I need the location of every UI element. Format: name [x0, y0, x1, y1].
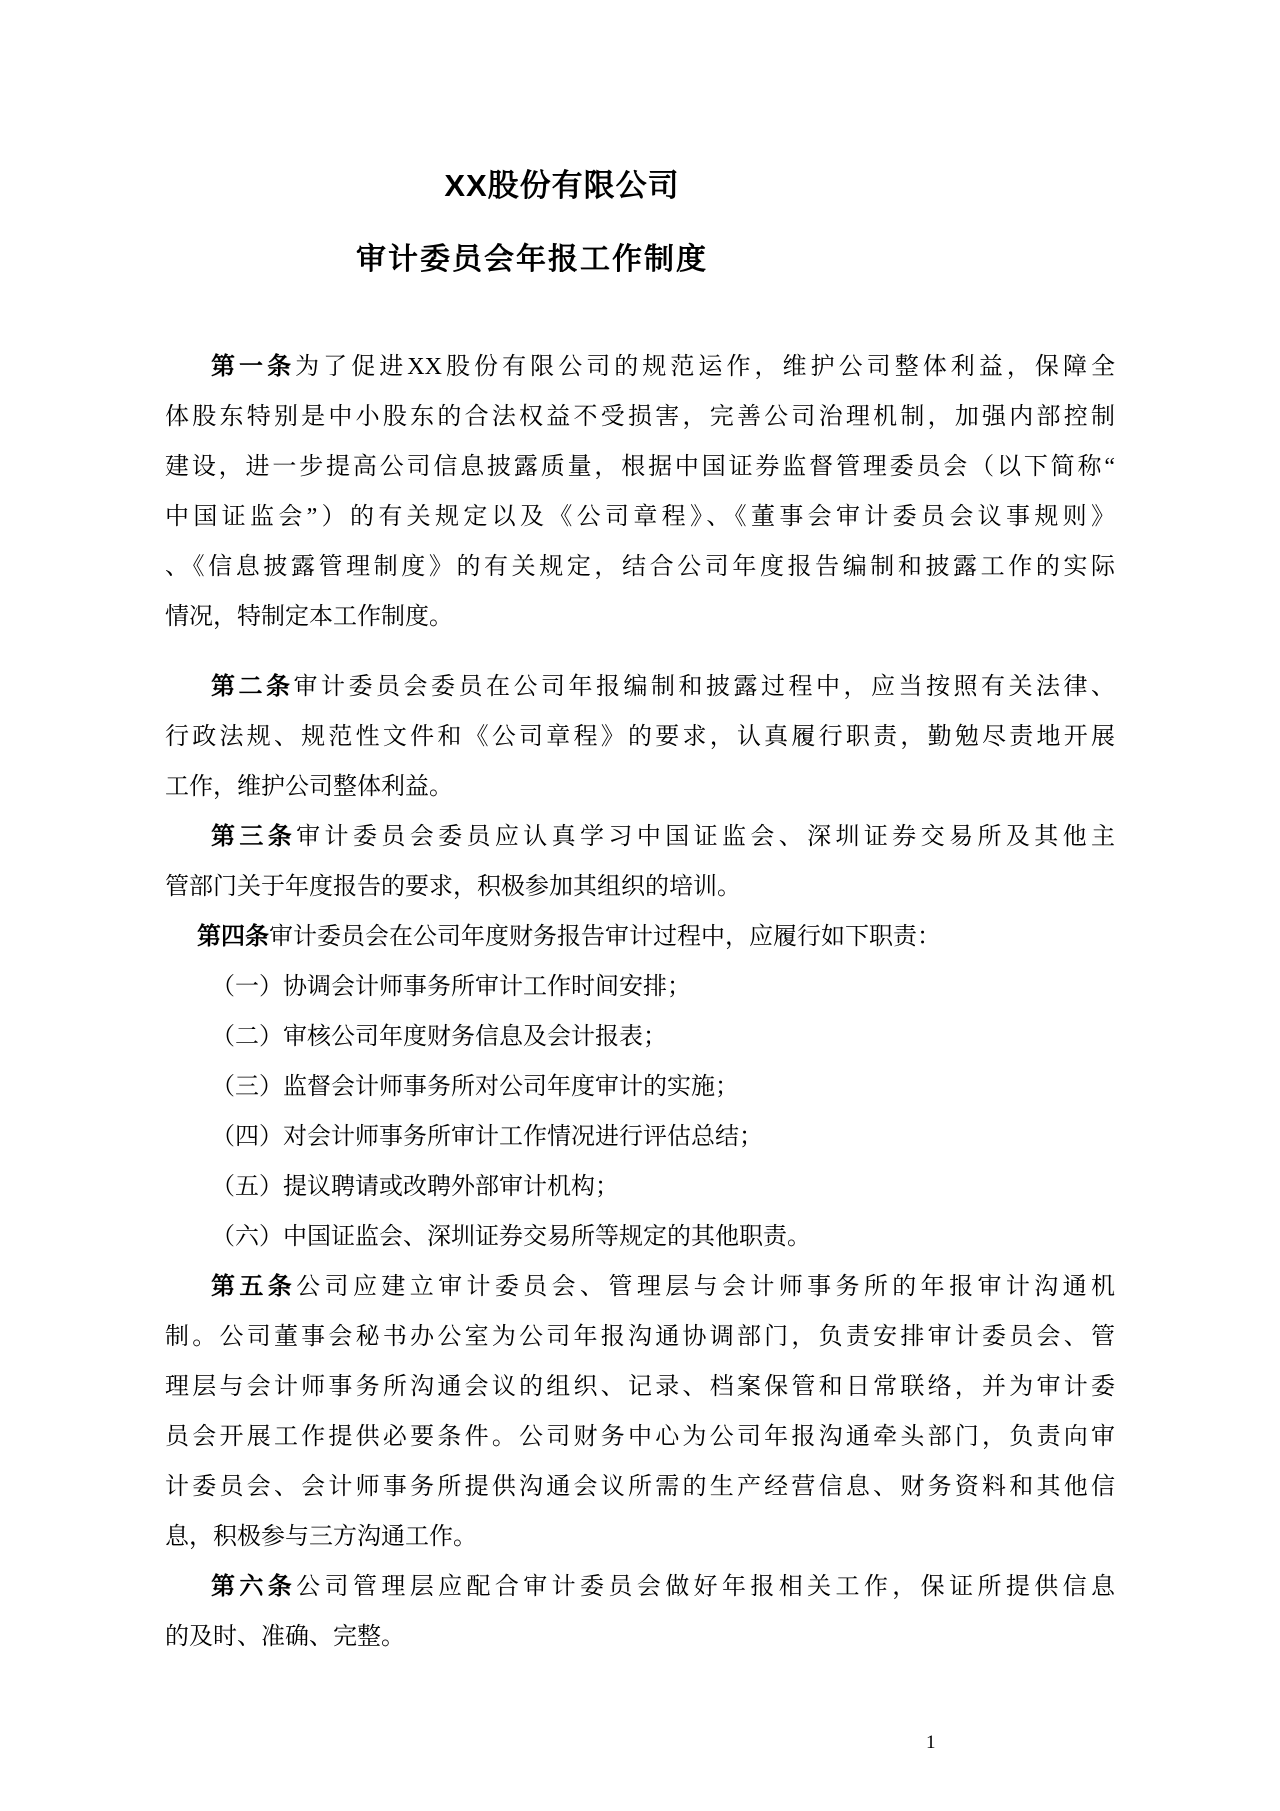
document-title: XX股份有限公司	[0, 160, 1124, 205]
article-paragraph: 第六条公司管理层应配合审计委员会做好年报相关工作，保证所提供信息的及时、准确、完…	[165, 1562, 1115, 1662]
list-item: （五）提议聘请或改聘外部审计机构；	[165, 1162, 1115, 1212]
article-paragraph: 第五条公司应建立审计委员会、管理层与会计师事务所的年报审计沟通机制。公司董事会秘…	[165, 1262, 1115, 1562]
text-line: 员会开展工作提供必要条件。公司财务中心为公司年报沟通牵头部门，负责向审	[165, 1412, 1115, 1462]
text-line: 中国证监会”）的有关规定以及《公司章程》、《董事会审计委员会议事规则》	[165, 492, 1115, 542]
list-item: （三）监督会计师事务所对公司年度审计的实施；	[165, 1062, 1115, 1112]
text-line: （一）协调会计师事务所审计工作时间安排；	[165, 962, 1115, 1012]
article-text: 审计委员会委员在公司年报编制和披露过程中，应当按照有关法律、	[294, 674, 1116, 700]
article-number-label: 第六条	[211, 1573, 296, 1600]
text-line: （三）监督会计师事务所对公司年度审计的实施；	[165, 1062, 1115, 1112]
article-number-label: 第三条	[211, 823, 296, 850]
article-text: 审计委员会委员应认真学习中国证监会、深圳证券交易所及其他主	[296, 824, 1115, 850]
article-text: 为了促进XX股份有限公司的规范运作，维护公司整体利益，保障全	[295, 354, 1115, 380]
text-line: 制。公司董事会秘书办公室为公司年报沟通协调部门，负责安排审计委员会、管	[165, 1312, 1115, 1362]
article-number-label: 第一条	[211, 353, 295, 380]
text-line: 第三条审计委员会委员应认真学习中国证监会、深圳证券交易所及其他主	[165, 812, 1115, 862]
list-item: （二）审核公司年度财务信息及会计报表；	[165, 1012, 1115, 1062]
article-number-label: 第二条	[211, 673, 294, 700]
text-line: 第四条审计委员会在公司年度财务报告审计过程中，应履行如下职责：	[165, 912, 1115, 962]
text-line: （五）提议聘请或改聘外部审计机构；	[165, 1162, 1115, 1212]
article-number-label: 第五条	[211, 1273, 296, 1300]
article-text: 公司管理层应配合审计委员会做好年报相关工作，保证所提供信息	[296, 1574, 1115, 1600]
document-body: 第一条为了促进XX股份有限公司的规范运作，维护公司整体利益，保障全体股东特别是中…	[165, 342, 1115, 1662]
text-line: （六）中国证监会、深圳证券交易所等规定的其他职责。	[165, 1212, 1115, 1262]
text-line: 情况，特制定本工作制度。	[165, 592, 1115, 642]
text-line: 工作，维护公司整体利益。	[165, 762, 1115, 812]
text-line: 第一条为了促进XX股份有限公司的规范运作，维护公司整体利益，保障全	[165, 342, 1115, 392]
text-line: 理层与会计师事务所沟通会议的组织、记录、档案保管和日常联络，并为审计委	[165, 1362, 1115, 1412]
text-line: （二）审核公司年度财务信息及会计报表；	[165, 1012, 1115, 1062]
text-line: 、《信息披露管理制度》的有关规定，结合公司年度报告编制和披露工作的实际	[165, 542, 1115, 592]
article-paragraph: 第四条审计委员会在公司年度财务报告审计过程中，应履行如下职责：	[165, 912, 1115, 962]
text-line: 管部门关于年度报告的要求，积极参加其组织的培训。	[165, 862, 1115, 912]
text-line: 的及时、准确、完整。	[165, 1612, 1115, 1662]
text-line: 体股东特别是中小股东的合法权益不受损害，完善公司治理机制，加强内部控制	[165, 392, 1115, 442]
text-line: 第六条公司管理层应配合审计委员会做好年报相关工作，保证所提供信息	[165, 1562, 1115, 1612]
article-text: 审计委员会在公司年度财务报告审计过程中，应履行如下职责：	[269, 924, 941, 950]
list-item: （一）协调会计师事务所审计工作时间安排；	[165, 962, 1115, 1012]
text-line: 第五条公司应建立审计委员会、管理层与会计师事务所的年报审计沟通机	[165, 1262, 1115, 1312]
article-paragraph: 第一条为了促进XX股份有限公司的规范运作，维护公司整体利益，保障全体股东特别是中…	[165, 342, 1115, 642]
text-line: 行政法规、规范性文件和《公司章程》的要求，认真履行职责，勤勉尽责地开展	[165, 712, 1115, 762]
article-number-label: 第四条	[197, 923, 269, 950]
text-line: 息，积极参与三方沟通工作。	[165, 1512, 1115, 1562]
page-number: 1	[926, 1732, 936, 1754]
text-line: 第二条审计委员会委员在公司年报编制和披露过程中，应当按照有关法律、	[165, 662, 1115, 712]
text-line: （四）对会计师事务所审计工作情况进行评估总结；	[165, 1112, 1115, 1162]
text-line: 计委员会、会计师事务所提供沟通会议所需的生产经营信息、财务资料和其他信	[165, 1462, 1115, 1512]
list-item: （六）中国证监会、深圳证券交易所等规定的其他职责。	[165, 1212, 1115, 1262]
text-line: 建设，进一步提高公司信息披露质量，根据中国证券监督管理委员会（以下简称“	[165, 442, 1115, 492]
list-item: （四）对会计师事务所审计工作情况进行评估总结；	[165, 1112, 1115, 1162]
article-paragraph: 第二条审计委员会委员在公司年报编制和披露过程中，应当按照有关法律、行政法规、规范…	[165, 662, 1115, 812]
document-subtitle: 审计委员会年报工作制度	[0, 234, 1064, 278]
article-text: 公司应建立审计委员会、管理层与会计师事务所的年报审计沟通机	[296, 1274, 1115, 1300]
article-paragraph: 第三条审计委员会委员应认真学习中国证监会、深圳证券交易所及其他主管部门关于年度报…	[165, 812, 1115, 912]
document-page: XX股份有限公司 审计委员会年报工作制度 第一条为了促进XX股份有限公司的规范运…	[0, 0, 1280, 1811]
